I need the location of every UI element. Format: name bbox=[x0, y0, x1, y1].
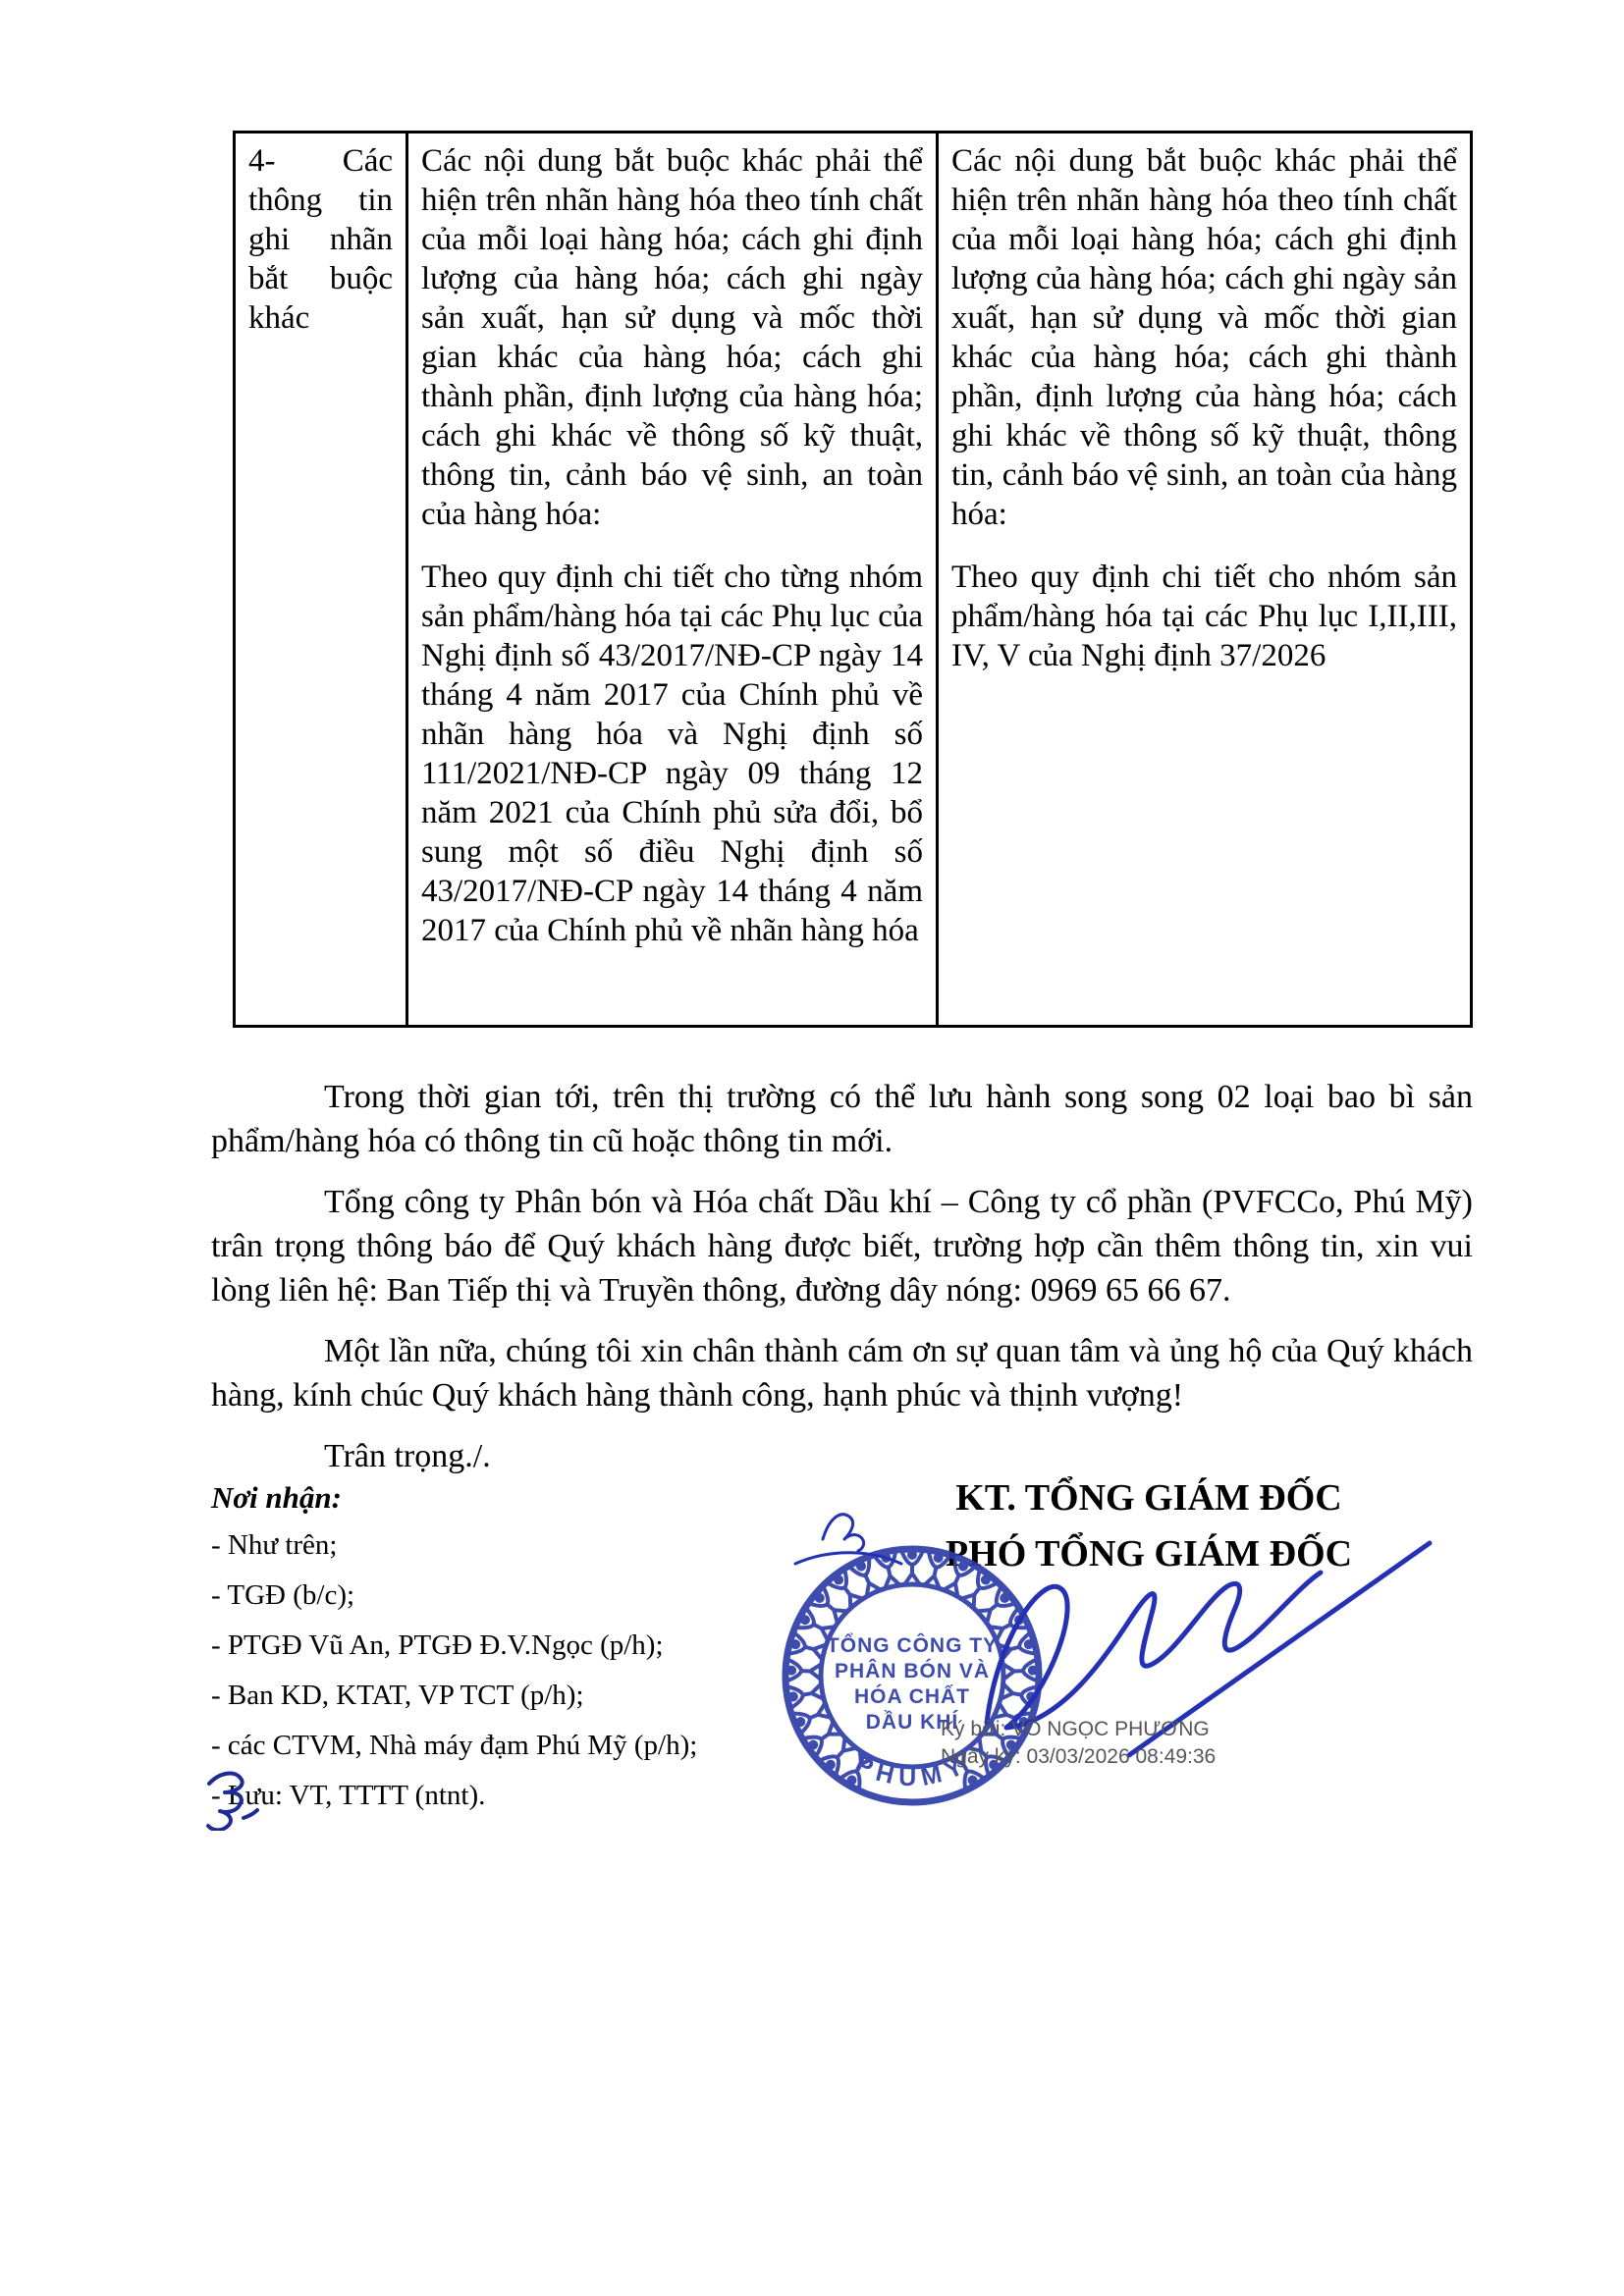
signed-by-line: Ký bởi: VÕ NGỌC PHƯƠNG bbox=[941, 1716, 1216, 1743]
body-paragraph-3: Một lần nữa, chúng tôi xin chân thành cá… bbox=[211, 1329, 1473, 1417]
signed-date-line: Ngày ký: 03/03/2026 08:49:36 bbox=[941, 1743, 1216, 1771]
label-regulation-table: 4- Các thông tin ghi nhãn bắt buộc khác … bbox=[233, 131, 1473, 1028]
digital-signature-info: Ký bởi: VÕ NGỌC PHƯƠNG Ngày ký: 03/03/20… bbox=[941, 1716, 1216, 1771]
small-initial-icon bbox=[795, 1515, 901, 1564]
recipient-item: - Ban KD, KTAT, VP TCT (p/h); bbox=[211, 1671, 761, 1721]
table-row-header-cell: 4- Các thông tin ghi nhãn bắt buộc khác bbox=[236, 133, 408, 1025]
recipient-item: - TGĐ (b/c); bbox=[211, 1571, 761, 1621]
letter-body: Trong thời gian tới, trên thị trường có … bbox=[211, 1075, 1473, 1495]
body-paragraph-1: Trong thời gian tới, trên thị trường có … bbox=[211, 1075, 1473, 1163]
row-header-text: 4- Các thông tin ghi nhãn bắt buộc khác bbox=[248, 141, 393, 338]
document-page: 4- Các thông tin ghi nhãn bắt buộc khác … bbox=[0, 0, 1624, 2296]
recipient-item: - PTGĐ Vũ An, PTGĐ Đ.V.Ngọc (p/h); bbox=[211, 1621, 761, 1671]
old-regulation-paragraph-1: Các nội dung bắt buộc khác phải thể hiện… bbox=[421, 141, 923, 534]
body-paragraph-2: Tổng công ty Phân bón và Hóa chất Dầu kh… bbox=[211, 1180, 1473, 1312]
old-regulation-cell: Các nội dung bắt buộc khác phải thể hiện… bbox=[408, 133, 939, 1025]
recipients-block: Nơi nhận: - Như trên; - TGĐ (b/c); - PTG… bbox=[211, 1475, 761, 1821]
new-regulation-paragraph-2: Theo quy định chi tiết cho nhóm sản phẩm… bbox=[951, 558, 1457, 675]
new-regulation-paragraph-1: Các nội dung bắt buộc khác phải thể hiện… bbox=[951, 141, 1457, 534]
old-regulation-paragraph-2: Theo quy định chi tiết cho từng nhóm sản… bbox=[421, 558, 923, 950]
new-regulation-cell: Các nội dung bắt buộc khác phải thể hiện… bbox=[939, 133, 1470, 1025]
recipient-item: - các CTVM, Nhà máy đạm Phú Mỹ (p/h); bbox=[211, 1721, 761, 1771]
recipient-item: - Lưu: VT, TTTT (ntnt). bbox=[211, 1771, 761, 1821]
bottom-left-initial-icon bbox=[191, 1762, 270, 1831]
recipient-item: - Như trên; bbox=[211, 1521, 761, 1571]
recipients-header: Nơi nhận: bbox=[211, 1475, 761, 1521]
